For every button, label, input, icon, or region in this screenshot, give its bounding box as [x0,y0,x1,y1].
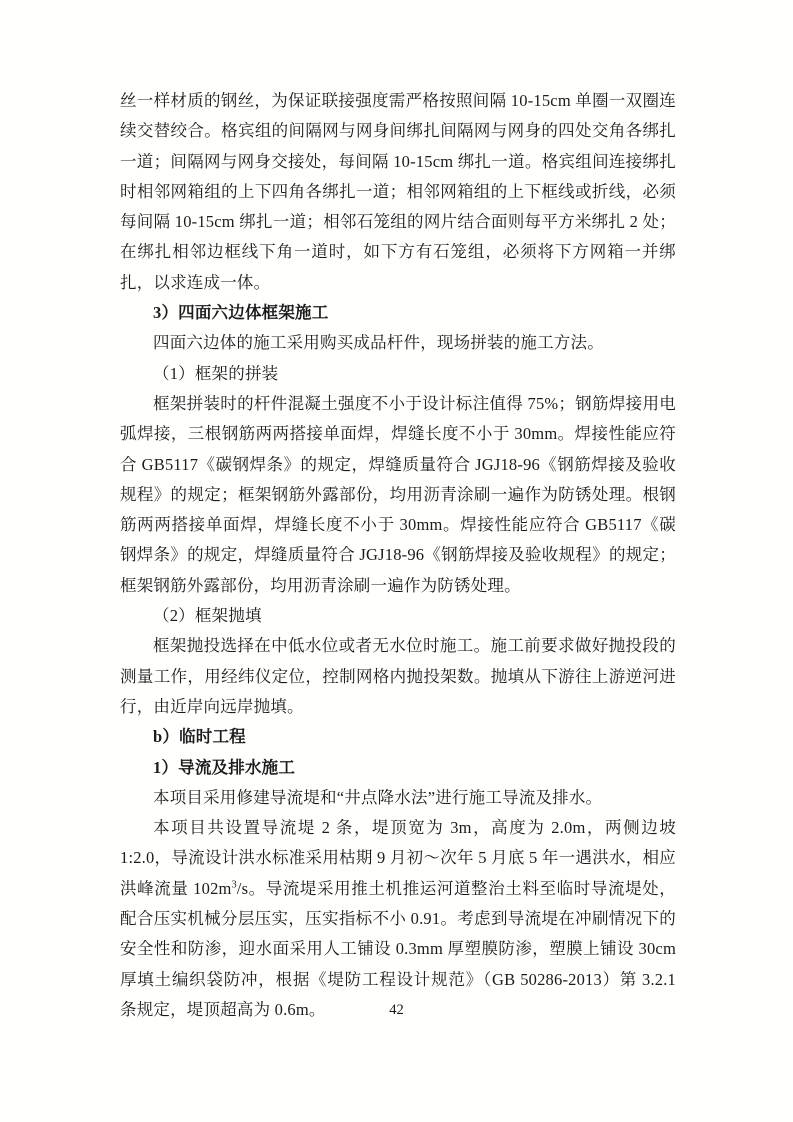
paragraph-diversion-method: 本项目采用修建导流堤和“井点降水法”进行施工导流及排水。 [120,783,676,813]
paragraph-frame-construction-method: 四面六边体的施工采用购买成品杆件，现场拼装的施工方法。 [120,328,676,358]
paragraph-gabion-lacing: 丝一样材质的钢丝，为保证联接强度需严格按照间隔 10-15cm 单圈一双圈连续交… [120,86,676,298]
document-page: 丝一样材质的钢丝，为保证联接强度需严格按照间隔 10-15cm 单圈一双圈连续交… [0,0,793,1122]
subheading-frame-dumping: （2）框架抛填 [120,601,676,631]
heading-tetrahedron-frame-construction: 3）四面六边体框架施工 [120,298,676,328]
paragraph-frame-dumping-detail: 框架抛投选择在中低水位或者无水位时施工。施工前要求做好抛投段的测量工作，用经纬仪… [120,631,676,722]
diversion-dike-text-after-superscript: /s。导流堤采用推土机推运河道整治土料至临时导流堤处，配合压实机械分层压实，压实… [120,879,676,1019]
heading-temporary-works: b）临时工程 [120,722,676,752]
page-body: 丝一样材质的钢丝，为保证联接强度需严格按照间隔 10-15cm 单圈一双圈连续交… [120,86,676,1025]
page-number: 42 [0,1002,793,1019]
heading-diversion-and-drainage: 1）导流及排水施工 [120,753,676,783]
paragraph-frame-assembly-detail: 框架拼装时的杆件混凝土强度不小于设计标注值得 75%；钢筋焊接用电弧焊接，三根钢… [120,389,676,601]
paragraph-diversion-dike-detail: 本项目共设置导流堤 2 条，堤顶宽为 3m，高度为 2.0m，两侧边坡 1:2.… [120,813,676,1025]
subheading-frame-assembly: （1）框架的拼装 [120,359,676,389]
